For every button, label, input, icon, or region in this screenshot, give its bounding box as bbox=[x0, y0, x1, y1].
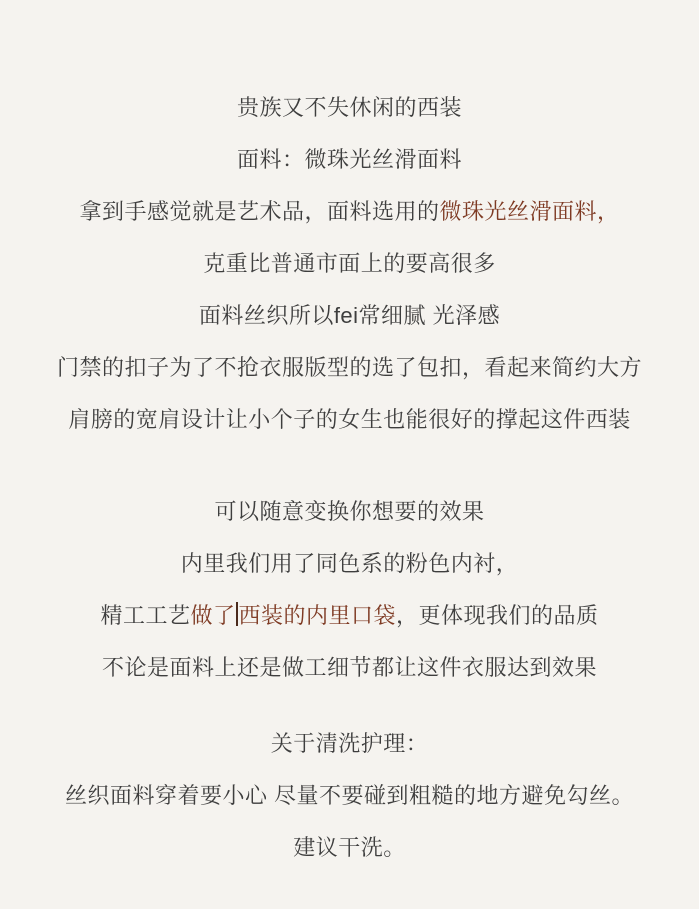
lining-line: 内里我们用了同色系的粉色内衬， bbox=[0, 536, 699, 588]
product-description-page: 贵族又不失休闲的西装 面料：微珠光丝滑面料 拿到手感觉就是艺术品，面料选用的微珠… bbox=[0, 0, 699, 909]
accent-fabric-text: 微珠光丝滑面料， bbox=[440, 195, 620, 226]
fabric-highlight-line: 拿到手感觉就是艺术品，面料选用的微珠光丝滑面料， bbox=[0, 184, 699, 236]
fabric-label-line: 面料：微珠光丝滑面料 bbox=[0, 132, 699, 184]
line-text: ，更体现我们的品质 bbox=[396, 599, 599, 630]
accent-pocket-text-a: 做了 bbox=[190, 599, 235, 630]
pocket-highlight-line: 精工工艺做了西装的内里口袋，更体现我们的品质 bbox=[0, 588, 699, 640]
style-effect-line: 可以随意变换你想要的效果 bbox=[0, 484, 699, 536]
quality-summary-line: 不论是面料上还是做工细节都让这件衣服达到效果 bbox=[0, 640, 699, 692]
line-text: 精工工艺 bbox=[100, 599, 190, 630]
fabric-weight-line: 克重比普通市面上的要高很多 bbox=[0, 236, 699, 288]
product-title: 贵族又不失休闲的西装 bbox=[0, 80, 699, 132]
section-craft-details: 可以随意变换你想要的效果 内里我们用了同色系的粉色内衬， 精工工艺做了西装的内里… bbox=[0, 484, 699, 692]
fabric-texture-line: 面料丝织所以fei常细腻 光泽感 bbox=[0, 288, 699, 340]
care-warning-line: 丝织面料穿着要小心 尽量不要碰到粗糙的地方避免勾丝。 bbox=[0, 768, 699, 820]
button-design-line: 门禁的扣子为了不抢衣服版型的选了包扣，看起来简约大方 bbox=[0, 340, 699, 392]
dry-clean-line: 建议干洗。 bbox=[0, 820, 699, 872]
accent-pocket-text-b: 西装的内里口袋 bbox=[239, 599, 397, 630]
care-heading: 关于清洗护理： bbox=[0, 716, 699, 768]
section-care-instructions: 关于清洗护理： 丝织面料穿着要小心 尽量不要碰到粗糙的地方避免勾丝。 建议干洗。 bbox=[0, 716, 699, 872]
shoulder-design-line: 肩膀的宽肩设计让小个子的女生也能很好的撑起这件西装 bbox=[0, 392, 699, 444]
text-caret bbox=[236, 602, 238, 626]
section-fabric-intro: 贵族又不失休闲的西装 面料：微珠光丝滑面料 拿到手感觉就是艺术品，面料选用的微珠… bbox=[0, 80, 699, 444]
line-text: 拿到手感觉就是艺术品，面料选用的 bbox=[79, 195, 439, 226]
